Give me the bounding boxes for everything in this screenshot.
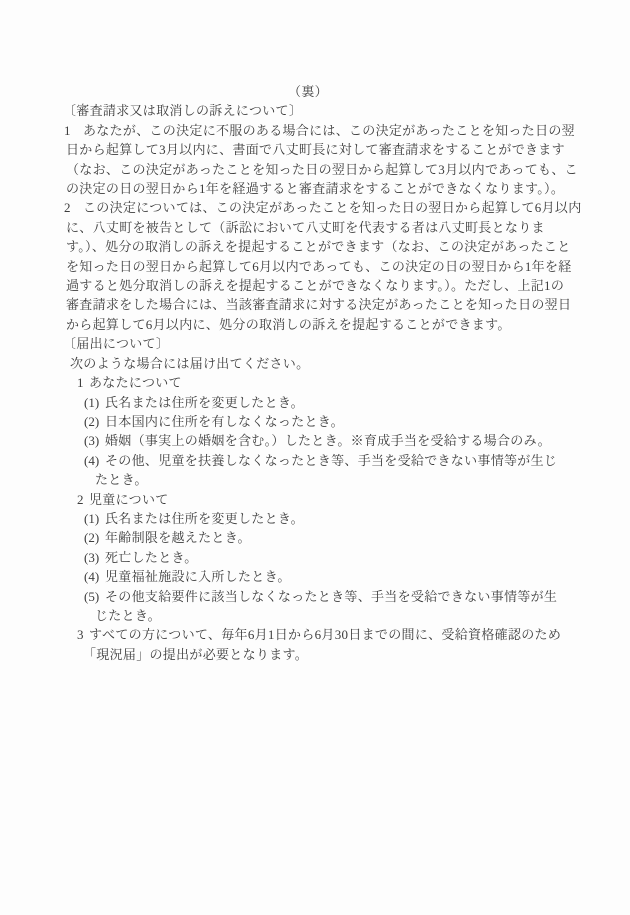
line-text: 婚姻（事実上の婚姻を含む。）したとき。※育成手当を受給する場合のみ。 [105, 433, 551, 448]
line-text: すべての方について、毎年6月1日から6月30日までの間に、受給資格確認のため [89, 627, 561, 642]
line-text: その他、児童を扶養しなくなったとき等、手当を受給できない事情等が生じ [105, 453, 557, 468]
list-item-continuation: 「現況届」の提出が必要となります。 [0, 645, 630, 664]
line-text: 過すると処分取消しの訴えを提起することができなくなります。）。ただし、上記1の [66, 278, 564, 293]
paragraph-line: 日から起算して3月以内に、書面で八丈町長に対して審査請求をすることができます [0, 140, 630, 159]
paragraph-line: を知った日の翌日から起算して6月以内であっても、この決定の日の翌日から1年を経 [0, 257, 630, 276]
item-number: 3 [77, 625, 89, 644]
line-text: じたとき。 [95, 608, 161, 623]
line-text: 氏名または住所を変更したとき。 [105, 511, 304, 526]
line-text: から起算して6月以内に、処分の取消しの訴えを提起することができます。 [66, 317, 511, 332]
line-text: を知った日の翌日から起算して6月以内であっても、この決定の日の翌日から1年を経 [66, 259, 572, 274]
paragraph-line: 2この決定については、この決定があったことを知った日の翌日から起算して6月以内 [0, 198, 630, 217]
paragraph-line: 過すると処分取消しの訴えを提起することができなくなります。）。ただし、上記1の [0, 276, 630, 295]
list-item: (3)死亡したとき。 [0, 548, 630, 567]
list-item-continuation: じたとき。 [0, 606, 630, 625]
line-text: す。）、処分の取消しの訴えを提起することができます（なお、この決定があったこと [66, 239, 571, 254]
list-item: (3)婚姻（事実上の婚姻を含む。）したとき。※育成手当を受給する場合のみ。 [0, 431, 630, 450]
line-text: 死亡したとき。 [105, 550, 198, 565]
list-item: (5)その他支給要件に該当しなくなったとき等、手当を受給できない事情等が生 [0, 587, 630, 606]
item-number: (1) [84, 393, 105, 412]
line-text: この決定については、この決定があったことを知った日の翌日から起算して6月以内 [83, 200, 582, 215]
list-item: 3すべての方について、毎年6月1日から6月30日までの間に、受給資格確認のため [0, 625, 630, 644]
side-label-text: （裏） [288, 84, 328, 99]
section-heading-notification: 〔届出について〕 [0, 334, 630, 353]
item-number: (5) [84, 587, 105, 606]
line-text: その他支給要件に該当しなくなったとき等、手当を受給できない事情等が生 [105, 589, 557, 604]
item-number: (4) [84, 567, 105, 586]
list-item: (2)日本国内に住所を有しなくなったとき。 [0, 412, 630, 431]
line-text: 「現況届」の提出が必要となります。 [83, 647, 308, 662]
paragraph-line: 1あなたが、この決定に不服のある場合には、この決定があったことを知った日の翌 [0, 121, 630, 140]
line-text: 次のような場合には届け出てください。 [70, 356, 309, 371]
line-text: （なお、この決定があったことを知った日の翌日から起算して3月以内であっても、こ [66, 162, 578, 177]
page-side-label: （裏） [0, 82, 630, 101]
line-text: あなたについて [89, 375, 182, 390]
list-item: (1)氏名または住所を変更したとき。 [0, 393, 630, 412]
paragraph-line: の決定の日の翌日から1年を経過すると審査請求をすることができなくなります。）。 [0, 179, 630, 198]
line-text: たとき。 [95, 472, 148, 487]
paragraph-line: から起算して6月以内に、処分の取消しの訴えを提起することができます。 [0, 315, 630, 334]
item-number: (3) [84, 548, 105, 567]
line-text: あなたが、この決定に不服のある場合には、この決定があったことを知った日の翌 [83, 123, 575, 138]
item-number: 2 [77, 490, 89, 509]
item-number: (4) [84, 451, 105, 470]
item-number: (2) [84, 412, 105, 431]
paragraph-line: に、八丈町を被告として（訴訟において八丈町を代表する者は八丈町長となりま [0, 218, 630, 237]
section-intro-line: 次のような場合には届け出てください。 [0, 354, 630, 373]
line-text: 審査請求をした場合には、当該審査請求に対する決定があったことを知った日の翌日 [66, 297, 571, 312]
line-text: 児童について [89, 492, 169, 507]
section-heading-appeal: 〔審査請求又は取消しの訴えについて〕 [0, 101, 630, 120]
paragraph-line: 審査請求をした場合には、当該審査請求に対する決定があったことを知った日の翌日 [0, 295, 630, 314]
line-text: 氏名または住所を変更したとき。 [105, 395, 304, 410]
paragraph-line: す。）、処分の取消しの訴えを提起することができます（なお、この決定があったこと [0, 237, 630, 256]
line-text: 〔審査請求又は取消しの訴えについて〕 [63, 103, 302, 118]
line-text: 児童福祉施設に入所したとき。 [105, 569, 291, 584]
item-number: (1) [84, 509, 105, 528]
list-item: (1)氏名または住所を変更したとき。 [0, 509, 630, 528]
line-text: 〔届出について〕 [63, 336, 169, 351]
line-text: 日本国内に住所を有しなくなったとき。 [105, 414, 344, 429]
list-item-continuation: たとき。 [0, 470, 630, 489]
item-number: 2 [64, 198, 83, 217]
list-item: 2児童について [0, 490, 630, 509]
line-text: 年齢制限を越えたとき。 [105, 530, 251, 545]
list-item: 1あなたについて [0, 373, 630, 392]
line-text: に、八丈町を被告として（訴訟において八丈町を代表する者は八丈町長となりま [66, 220, 545, 235]
item-number: 1 [77, 373, 89, 392]
document-page-back: （裏） 〔審査請求又は取消しの訴えについて〕 1あなたが、この決定に不服のある場… [0, 0, 630, 915]
line-text: の決定の日の翌日から1年を経過すると審査請求をすることができなくなります。）。 [66, 181, 564, 196]
list-item: (4)その他、児童を扶養しなくなったとき等、手当を受給できない事情等が生じ [0, 451, 630, 470]
item-number: 1 [64, 121, 83, 140]
paragraph-line: （なお、この決定があったことを知った日の翌日から起算して3月以内であっても、こ [0, 160, 630, 179]
line-text: 日から起算して3月以内に、書面で八丈町長に対して審査請求をすることができます [66, 142, 565, 157]
item-number: (2) [84, 528, 105, 547]
list-item: (4)児童福祉施設に入所したとき。 [0, 567, 630, 586]
item-number: (3) [84, 431, 105, 450]
list-item: (2)年齢制限を越えたとき。 [0, 528, 630, 547]
